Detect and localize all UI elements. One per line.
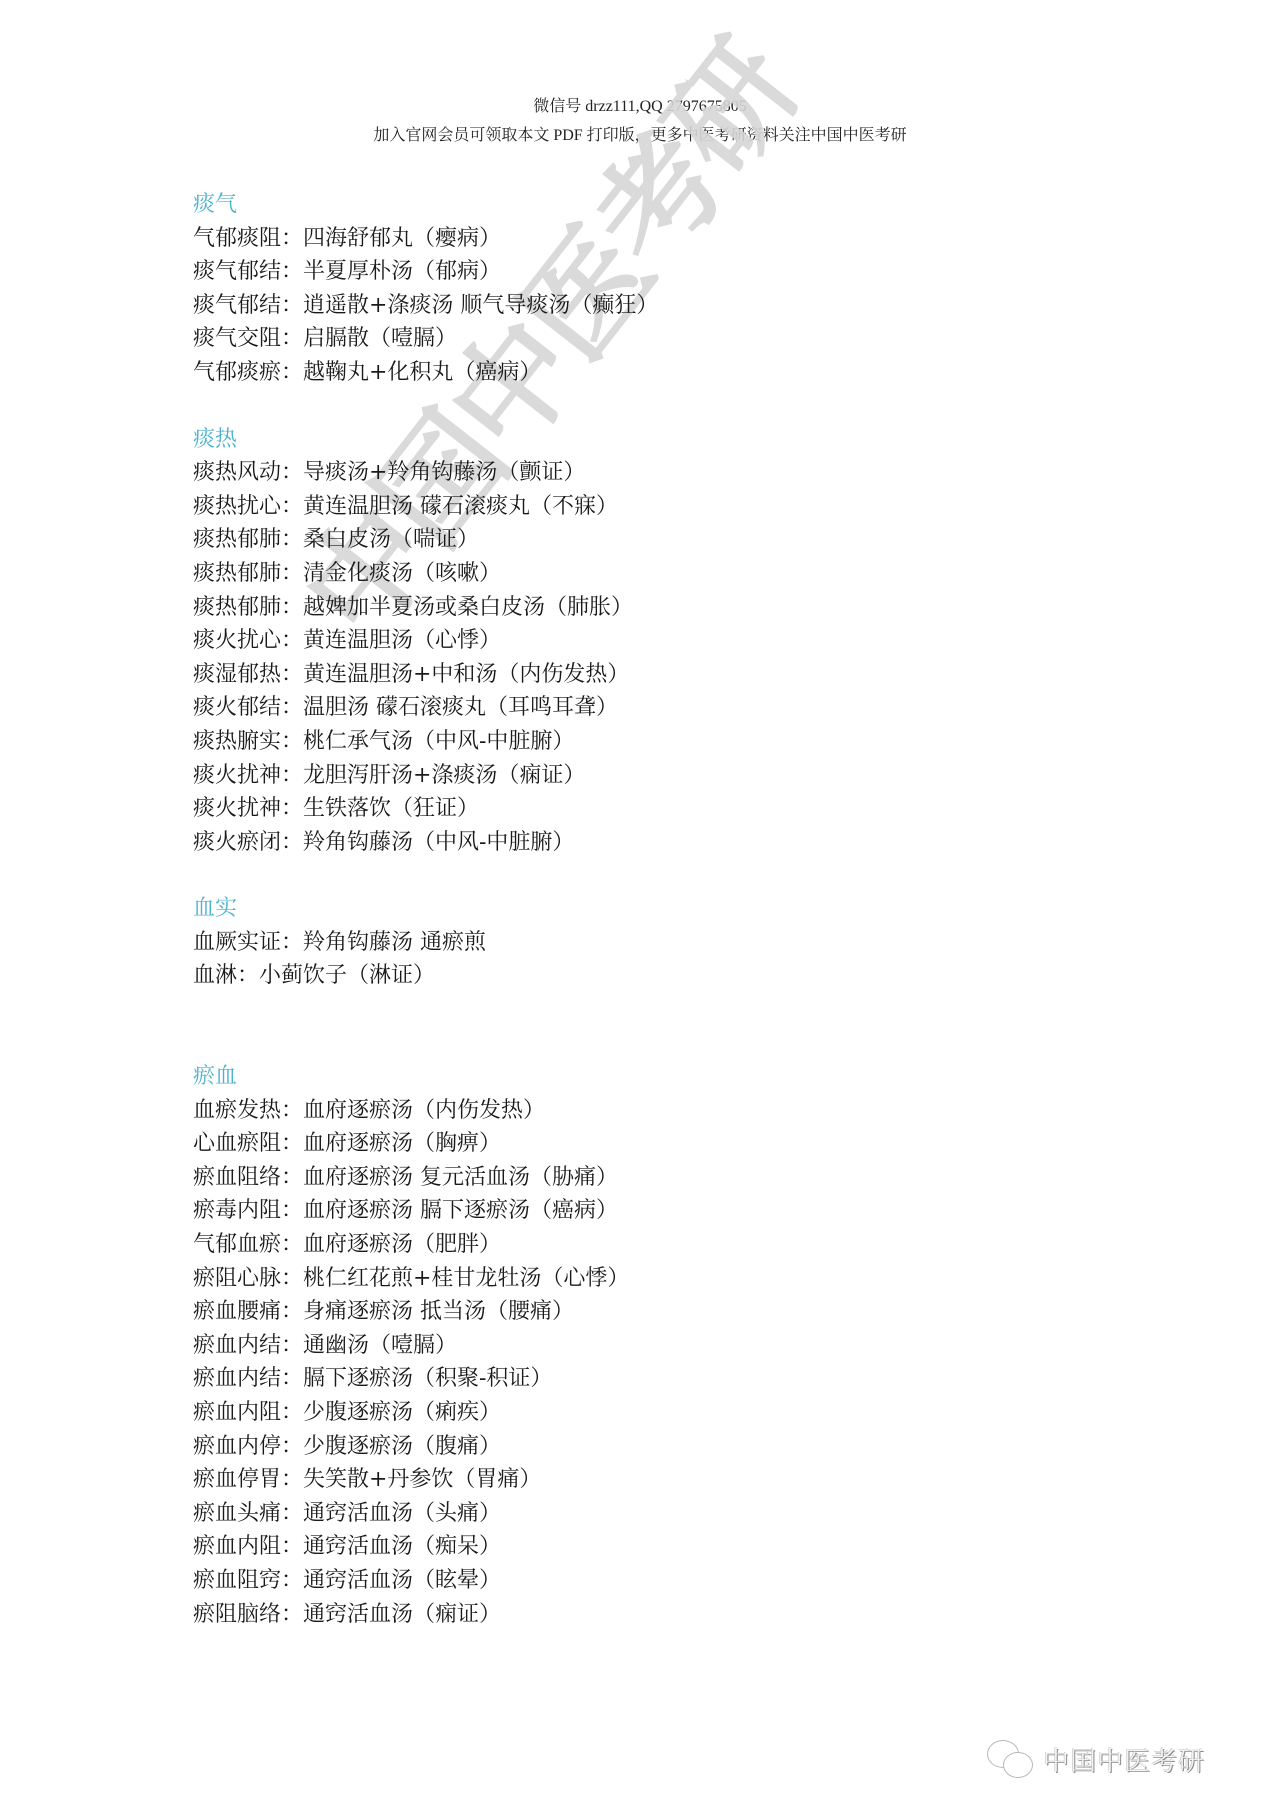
section-tan-qi: 痰气 气郁痰阻：四海舒郁丸（瘿病） 痰气郁结：半夏厚朴汤（郁病） 痰气郁结：逍遥… — [193, 188, 658, 390]
list-item: 心血瘀阻：血府逐瘀汤（胸痹） — [193, 1127, 658, 1161]
list-item: 瘀血内停：少腹逐瘀汤（腹痛） — [193, 1430, 658, 1464]
list-item: 瘀血停胃：失笑散+丹参饮（胃痛） — [193, 1463, 658, 1497]
list-item: 痰火郁结：温胆汤 礞石滚痰丸（耳鸣耳聋） — [193, 691, 658, 725]
spacer — [193, 859, 658, 892]
section-title: 血实 — [193, 892, 658, 926]
list-item: 痰热腑实：桃仁承气汤（中风-中脏腑） — [193, 725, 658, 759]
list-item: 痰热扰心：黄连温胆汤 礞石滚痰丸（不寐） — [193, 490, 658, 524]
section-title: 痰热 — [193, 423, 658, 457]
list-item: 痰热郁肺：越婢加半夏汤或桑白皮汤（肺胀） — [193, 591, 658, 625]
list-item: 瘀血内阻：通窍活血汤（痴呆） — [193, 1530, 658, 1564]
list-item: 瘀血头痛：通窍活血汤（头痛） — [193, 1497, 658, 1531]
list-item: 瘀阻心脉：桃仁红花煎+桂甘龙牡汤（心悸） — [193, 1262, 658, 1296]
list-item: 瘀血内结：通幽汤（噎膈） — [193, 1329, 658, 1363]
document-header: 微信号 drzz111,QQ 2797675805 加入官网会员可领取本文 PD… — [0, 92, 1280, 150]
list-item: 瘀血阻窍：通窍活血汤（眩晕） — [193, 1564, 658, 1598]
list-item: 瘀血腰痛：身痛逐瘀汤 抵当汤（腰痛） — [193, 1295, 658, 1329]
list-item: 痰气郁结：逍遥散+涤痰汤 顺气导痰汤（癫狂） — [193, 289, 658, 323]
promo-line: 加入官网会员可领取本文 PDF 打印版，更多中医考研资料关注中国中医考研 — [0, 121, 1280, 150]
section-xue-shi: 血实 血厥实证：羚角钩藤汤 通瘀煎 血淋：小蓟饮子（淋证） — [193, 892, 658, 993]
list-item: 瘀阻脑络：通窍活血汤（痫证） — [193, 1598, 658, 1632]
wechat-icon — [985, 1738, 1037, 1780]
list-item: 痰火扰神：龙胆泻肝汤+涤痰汤（痫证） — [193, 759, 658, 793]
document-body: 痰气 气郁痰阻：四海舒郁丸（瘿病） 痰气郁结：半夏厚朴汤（郁病） 痰气郁结：逍遥… — [193, 188, 658, 1631]
list-item: 瘀血阻络：血府逐瘀汤 复元活血汤（胁痛） — [193, 1161, 658, 1195]
list-item: 痰火扰神：生铁落饮（狂证） — [193, 792, 658, 826]
footer-brand: 中国中医考研 — [985, 1738, 1205, 1780]
list-item: 痰热郁肺：清金化痰汤（咳嗽） — [193, 557, 658, 591]
list-item: 痰热郁肺：桑白皮汤（喘证） — [193, 523, 658, 557]
section-tan-re: 痰热 痰热风动：导痰汤+羚角钩藤汤（颤证） 痰热扰心：黄连温胆汤 礞石滚痰丸（不… — [193, 423, 658, 860]
list-item: 血瘀发热：血府逐瘀汤（内伤发热） — [193, 1094, 658, 1128]
list-item: 痰火扰心：黄连温胆汤（心悸） — [193, 624, 658, 658]
list-item: 瘀血内阻：少腹逐瘀汤（痢疾） — [193, 1396, 658, 1430]
list-item: 瘀血内结：膈下逐瘀汤（积聚-积证） — [193, 1362, 658, 1396]
contact-line: 微信号 drzz111,QQ 2797675805 — [0, 92, 1280, 121]
list-item: 痰气交阻：启膈散（噎膈） — [193, 322, 658, 356]
list-item: 血厥实证：羚角钩藤汤 通瘀煎 — [193, 926, 658, 960]
spacer — [193, 993, 658, 1060]
spacer — [193, 390, 658, 423]
section-yu-xue: 瘀血 血瘀发热：血府逐瘀汤（内伤发热） 心血瘀阻：血府逐瘀汤（胸痹） 瘀血阻络：… — [193, 1060, 658, 1631]
list-item: 血淋：小蓟饮子（淋证） — [193, 959, 658, 993]
footer-brand-label: 中国中医考研 — [1043, 1741, 1205, 1778]
list-item: 痰气郁结：半夏厚朴汤（郁病） — [193, 255, 658, 289]
section-title: 痰气 — [193, 188, 658, 222]
list-item: 痰湿郁热：黄连温胆汤+中和汤（内伤发热） — [193, 658, 658, 692]
section-title: 瘀血 — [193, 1060, 658, 1094]
list-item: 痰火瘀闭：羚角钩藤汤（中风-中脏腑） — [193, 826, 658, 860]
list-item: 瘀毒内阻：血府逐瘀汤 膈下逐瘀汤（癌病） — [193, 1194, 658, 1228]
list-item: 气郁血瘀：血府逐瘀汤（肥胖） — [193, 1228, 658, 1262]
list-item: 气郁痰阻：四海舒郁丸（瘿病） — [193, 222, 658, 256]
list-item: 气郁痰瘀：越鞠丸+化积丸（癌病） — [193, 356, 658, 390]
list-item: 痰热风动：导痰汤+羚角钩藤汤（颤证） — [193, 456, 658, 490]
